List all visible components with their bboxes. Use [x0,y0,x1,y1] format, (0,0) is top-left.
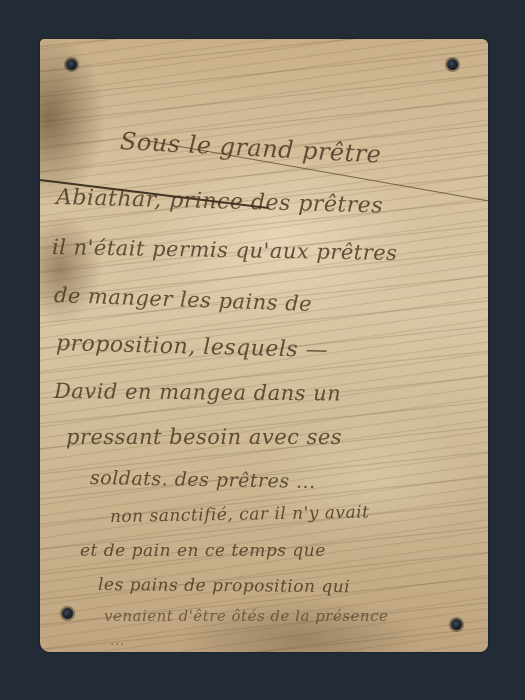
handwriting-line: de manger les pains de [54,283,313,316]
handwriting-line: Abiathar, prince des prêtres [56,185,384,219]
handwriting-line: proposition, lesquels — [56,331,329,363]
writing-tablet: Sous le grand prêtre Abiathar, prince de… [40,39,488,652]
handwriting-line: les pains de proposition qui [98,575,350,597]
handwriting-line: pressant besoin avec ses [66,425,342,449]
handwriting-line: ... [110,633,125,649]
handwriting-line: non sanctifié, car il n'y avait [110,502,370,527]
handwriting-line: venaient d'être ôtés de la présence [104,607,388,625]
handwriting-line: Sous le grand prêtre [119,127,382,169]
handwritten-text: Sous le grand prêtre Abiathar, prince de… [40,39,488,652]
handwriting-line: soldats. des prêtres ... [90,467,316,493]
handwriting-line: et de pain en ce temps que [80,541,326,561]
handwriting-line: David en mangea dans un [54,379,341,406]
handwriting-line: il n'était permis qu'aux prêtres [52,235,398,265]
